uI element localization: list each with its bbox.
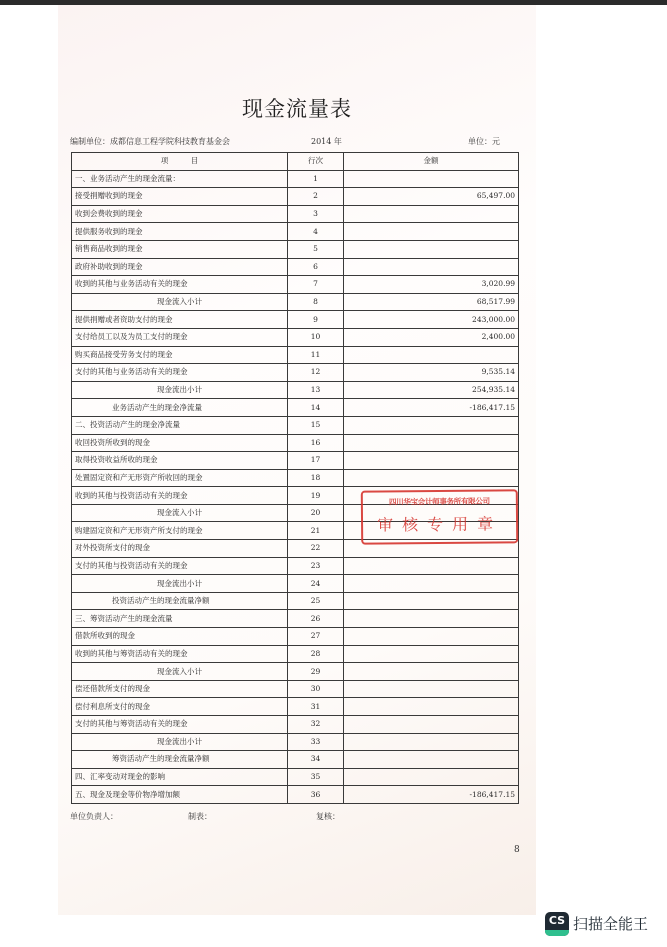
table-row: 取得投资收益所收的现金17 [72,452,519,470]
scanned-page: 现金流量表 编制单位：成都信息工程学院科技教育基金会 2014 年 单位：元 项… [58,5,536,915]
row-item-label: 现金流出小计 [72,575,288,593]
row-item-label: 收到的其他与业务活动有关的现金 [72,276,288,294]
row-item-label: 收回投资所收到的现金 [72,434,288,452]
row-item-label: 偿还借款所支付的现金 [72,680,288,698]
table-row: 筹资活动产生的现金流量净额34 [72,751,519,769]
row-line-number: 27 [288,628,344,646]
row-item-label: 四、汇率变动对现金的影响 [72,768,288,786]
row-amount: 9,535.14 [344,364,519,382]
row-amount [344,751,519,769]
row-amount [344,557,519,575]
stamp-purpose: 审核专用章 [367,511,512,535]
row-line-number: 30 [288,680,344,698]
table-row: 投资活动产生的现金流量净额25 [72,592,519,610]
row-amount [344,645,519,663]
row-line-number: 36 [288,786,344,804]
prepared-by: 编制单位：成都信息工程学院科技教育基金会 [70,136,230,147]
table-row: 接受捐赠收到的现金265,497.00 [72,188,519,206]
row-item-label: 一、业务活动产生的现金流量： [72,170,288,188]
row-item-label: 收到会费收到的现金 [72,205,288,223]
table-row: 收到的其他与业务活动有关的现金73,020.99 [72,276,519,294]
table-row: 偿付利息所支付的现金31 [72,698,519,716]
row-line-number: 25 [288,592,344,610]
row-item-label: 支付的其他与投资活动有关的现金 [72,557,288,575]
header-amount: 金额 [344,153,519,171]
row-amount [344,610,519,628]
row-item-label: 五、现金及现金等价物净增加额 [72,786,288,804]
row-line-number: 32 [288,716,344,734]
row-item-label: 取得投资收益所收的现金 [72,452,288,470]
row-item-label: 购买商品接受劳务支付的现金 [72,346,288,364]
row-amount: 65,497.00 [344,188,519,206]
row-item-label: 提供捐赠或者资助支付的现金 [72,311,288,329]
row-line-number: 6 [288,258,344,276]
row-amount [344,452,519,470]
table-row: 现金流出小计33 [72,733,519,751]
table-row: 支付的其他与筹资活动有关的现金32 [72,716,519,734]
table-row: 三、筹资活动产生的现金流量26 [72,610,519,628]
unit-head-signature: 单位负责人： [70,811,118,822]
row-amount [344,698,519,716]
row-line-number: 29 [288,663,344,681]
row-amount: 254,935.14 [344,381,519,399]
row-item-label: 接受捐赠收到的现金 [72,188,288,206]
camscanner-logo-icon: CS [545,912,569,936]
row-item-label: 现金流出小计 [72,733,288,751]
table-row: 偿还借款所支付的现金30 [72,680,519,698]
row-item-label: 支付的其他与筹资活动有关的现金 [72,716,288,734]
row-item-label: 购建固定资和产无形资产所支付的现金 [72,522,288,540]
row-line-number: 35 [288,768,344,786]
row-amount: 2,400.00 [344,328,519,346]
row-amount [344,628,519,646]
row-amount: 3,020.99 [344,276,519,294]
table-row: 支付的其他与业务活动有关的现金129,535.14 [72,364,519,382]
table-row: 现金流出小计24 [72,575,519,593]
row-amount: -186,417.15 [344,399,519,417]
table-row: 购买商品接受劳务支付的现金11 [72,346,519,364]
row-line-number: 18 [288,469,344,487]
row-line-number: 34 [288,751,344,769]
table-row: 收回投资所收到的现金16 [72,434,519,452]
row-amount: -186,417.15 [344,786,519,804]
row-item-label: 提供服务收到的现金 [72,223,288,241]
row-item-label: 借款所收到的现金 [72,628,288,646]
row-line-number: 3 [288,205,344,223]
row-amount [344,346,519,364]
cash-flow-table: 项 目 行次 金额 一、业务活动产生的现金流量：1接受捐赠收到的现金265,49… [71,152,519,804]
row-line-number: 33 [288,733,344,751]
row-amount [344,258,519,276]
row-line-number: 21 [288,522,344,540]
row-amount [344,416,519,434]
row-item-label: 二、投资活动产生的现金净流量 [72,416,288,434]
reviewer-signature: 复核： [316,811,340,822]
row-line-number: 2 [288,188,344,206]
header-line-no: 行次 [288,153,344,171]
row-line-number: 15 [288,416,344,434]
audit-stamp: 四川华宝会计师事务所有限公司 审核专用章 [361,489,518,544]
row-line-number: 5 [288,240,344,258]
table-row: 提供捐赠或者资助支付的现金9243,000.00 [72,311,519,329]
table-row: 支付的其他与投资活动有关的现金23 [72,557,519,575]
table-row: 五、现金及现金等价物净增加额36-186,417.15 [72,786,519,804]
camscanner-watermark: 扫描全能王 [573,913,648,934]
row-item-label: 业务活动产生的现金净流量 [72,399,288,417]
stamp-company: 四川华宝会计师事务所有限公司 [367,495,512,507]
table-row: 四、汇率变动对现金的影响35 [72,768,519,786]
row-item-label: 投资活动产生的现金流量净额 [72,592,288,610]
row-line-number: 24 [288,575,344,593]
table-row: 提供服务收到的现金4 [72,223,519,241]
table-row: 现金流入小计868,517.99 [72,293,519,311]
row-amount: 68,517.99 [344,293,519,311]
row-amount [344,768,519,786]
row-item-label: 政府补助收到的现金 [72,258,288,276]
row-line-number: 4 [288,223,344,241]
row-amount: 243,000.00 [344,311,519,329]
row-line-number: 17 [288,452,344,470]
row-line-number: 26 [288,610,344,628]
table-row: 销售商品收到的现金5 [72,240,519,258]
header-item: 项 目 [72,153,288,171]
row-item-label: 支付的其他与业务活动有关的现金 [72,364,288,382]
row-amount [344,469,519,487]
row-line-number: 20 [288,504,344,522]
row-amount [344,680,519,698]
table-row: 收到的其他与筹资活动有关的现金28 [72,645,519,663]
report-year: 2014 年 [311,136,342,147]
table-row: 一、业务活动产生的现金流量：1 [72,170,519,188]
row-item-label: 对外投资所支付的现金 [72,540,288,558]
row-item-label: 偿付利息所支付的现金 [72,698,288,716]
row-amount [344,733,519,751]
row-line-number: 11 [288,346,344,364]
row-amount [344,434,519,452]
row-line-number: 10 [288,328,344,346]
row-item-label: 销售商品收到的现金 [72,240,288,258]
page-number: 8 [514,845,520,855]
row-amount [344,575,519,593]
row-item-label: 收到的其他与筹资活动有关的现金 [72,645,288,663]
row-line-number: 19 [288,487,344,505]
row-line-number: 13 [288,381,344,399]
row-item-label: 筹资活动产生的现金流量净额 [72,751,288,769]
table-header-row: 项 目 行次 金额 [72,153,519,171]
preparer-signature: 制表： [188,811,212,822]
row-item-label: 现金流入小计 [72,293,288,311]
table-row: 现金流入小计29 [72,663,519,681]
row-item-label: 支付给员工以及为员工支付的现金 [72,328,288,346]
row-line-number: 8 [288,293,344,311]
row-item-label: 三、筹资活动产生的现金流量 [72,610,288,628]
row-line-number: 12 [288,364,344,382]
row-amount [344,205,519,223]
currency-unit: 单位：元 [468,136,500,147]
row-amount [344,663,519,681]
row-line-number: 22 [288,540,344,558]
table-row: 二、投资活动产生的现金净流量15 [72,416,519,434]
row-item-label: 现金流入小计 [72,504,288,522]
row-amount [344,170,519,188]
row-line-number: 14 [288,399,344,417]
row-amount [344,240,519,258]
table-row: 借款所收到的现金27 [72,628,519,646]
row-item-label: 处置固定资和产无形资产所收回的现金 [72,469,288,487]
row-line-number: 28 [288,645,344,663]
row-line-number: 23 [288,557,344,575]
row-item-label: 现金流入小计 [72,663,288,681]
row-line-number: 16 [288,434,344,452]
table-row: 支付给员工以及为员工支付的现金102,400.00 [72,328,519,346]
row-item-label: 收到的其他与投资活动有关的现金 [72,487,288,505]
table-row: 业务活动产生的现金净流量14-186,417.15 [72,399,519,417]
row-amount [344,592,519,610]
row-item-label: 现金流出小计 [72,381,288,399]
row-line-number: 31 [288,698,344,716]
row-amount [344,223,519,241]
document-title: 现金流量表 [58,93,536,123]
row-line-number: 9 [288,311,344,329]
row-line-number: 1 [288,170,344,188]
row-amount [344,716,519,734]
table-row: 收到会费收到的现金3 [72,205,519,223]
table-row: 政府补助收到的现金6 [72,258,519,276]
table-row: 现金流出小计13254,935.14 [72,381,519,399]
row-line-number: 7 [288,276,344,294]
table-row: 处置固定资和产无形资产所收回的现金18 [72,469,519,487]
